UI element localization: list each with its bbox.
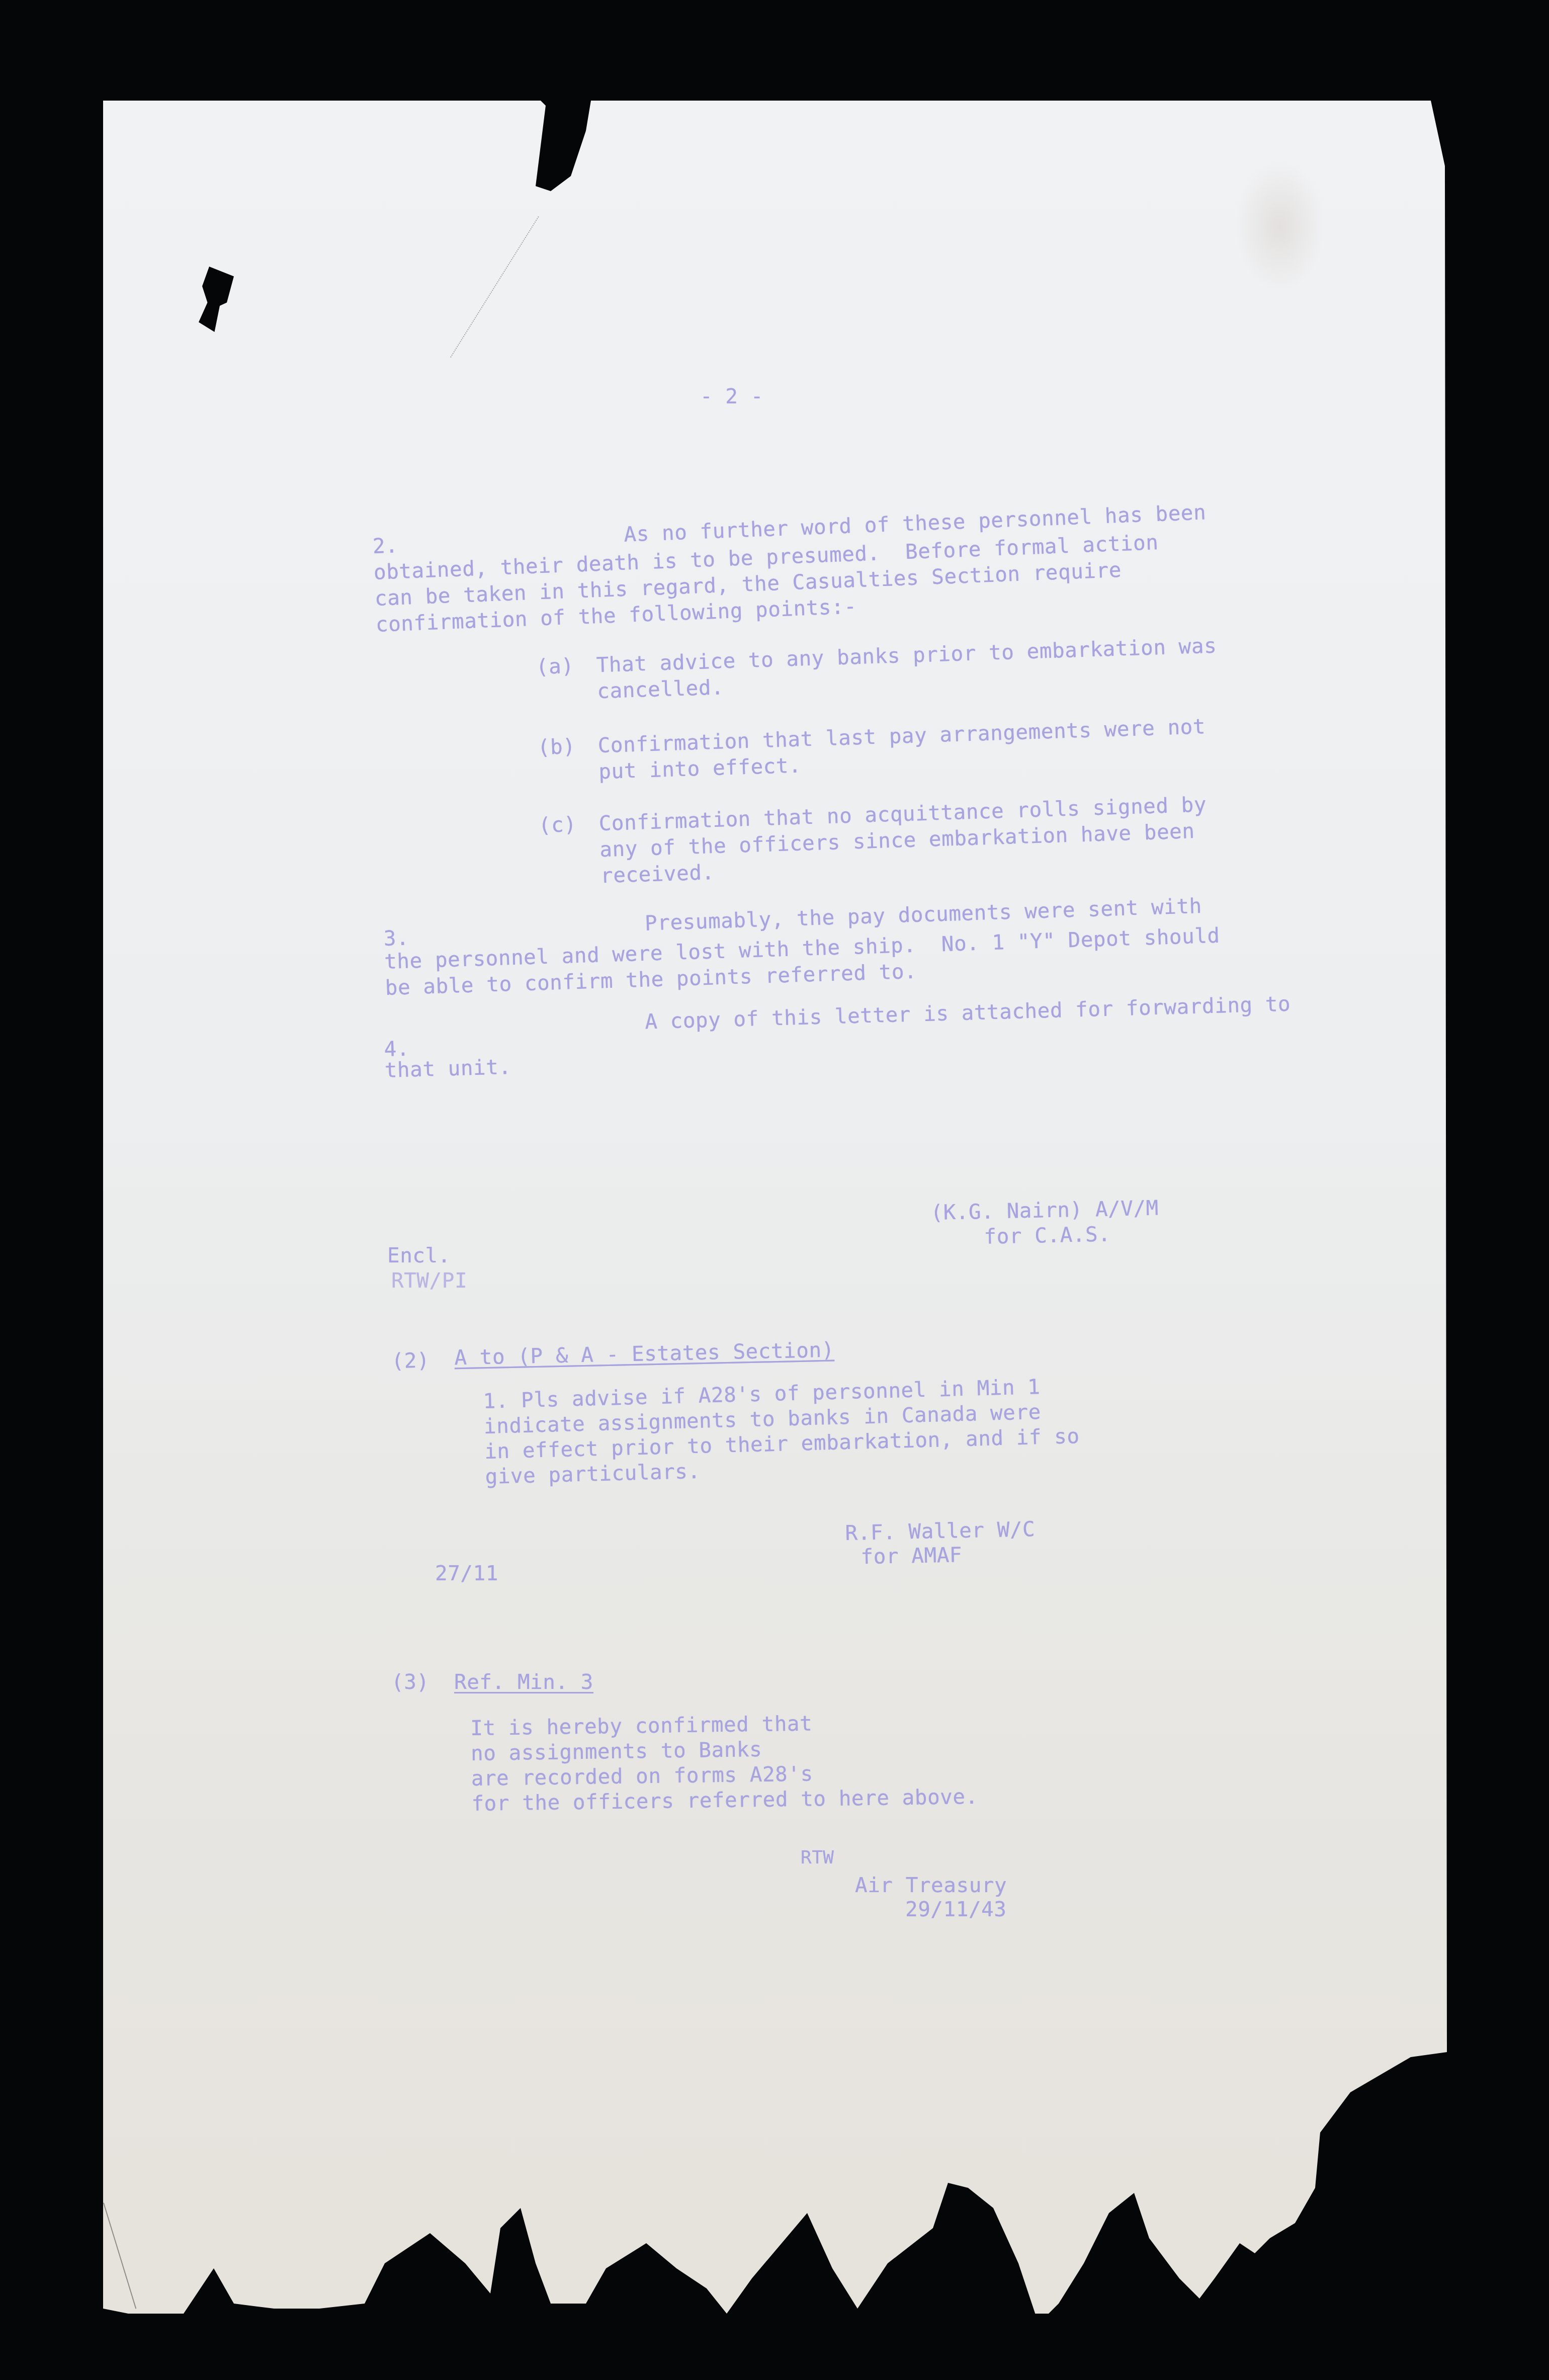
- minute-3-initials: RTW: [801, 1845, 834, 1871]
- minute-number: (3): [391, 1669, 429, 1695]
- point-label: (c): [538, 811, 577, 838]
- minute-3-date: 29/11/43: [905, 1896, 1006, 1922]
- enclosure-ref: RTW/PI: [391, 1267, 467, 1294]
- paper-crack: [450, 216, 539, 358]
- minute-3-office: Air Treasury: [855, 1872, 1007, 1898]
- point-line: received.: [600, 859, 715, 889]
- enclosure-label: Encl.: [387, 1242, 451, 1268]
- signatory-name: R.F. Waller W/C: [845, 1516, 1036, 1546]
- paragraph-line: that unit.: [384, 1054, 511, 1083]
- signatory-for: for C.A.S.: [984, 1221, 1111, 1250]
- point-label: (a): [536, 653, 574, 680]
- minute-2-date: 27/11: [435, 1560, 498, 1586]
- signatory-name: (K.G. Nairn) A/V/M: [930, 1195, 1159, 1226]
- minute-number: (2): [391, 1347, 430, 1374]
- paragraph-number: 2.: [372, 532, 398, 559]
- paper-stain: [1235, 161, 1325, 292]
- paper-fold: [103, 2202, 136, 2309]
- paper-hole: [199, 267, 234, 332]
- point-label: (b): [537, 733, 576, 760]
- page-number: - 2 -: [700, 383, 763, 409]
- signatory-for: for AMAF: [860, 1542, 963, 1570]
- minute-heading: Ref. Min. 3: [454, 1669, 593, 1695]
- document-page: [103, 101, 1447, 2314]
- point-line: cancelled.: [597, 674, 724, 704]
